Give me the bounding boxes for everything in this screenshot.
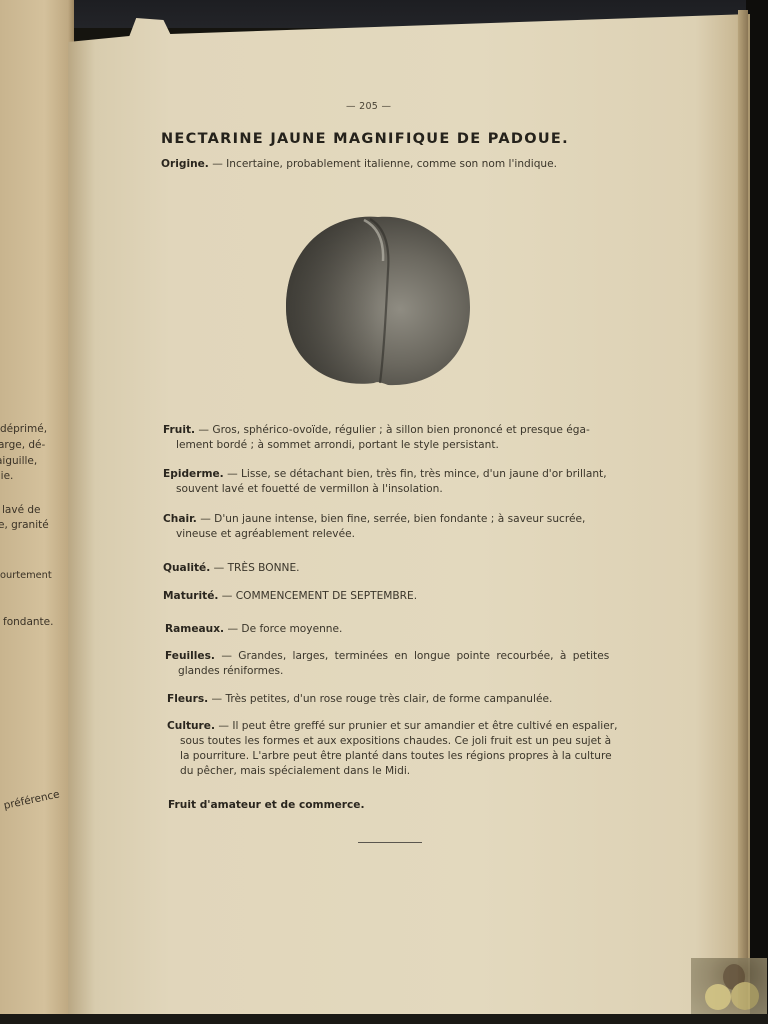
entry-text: — Lisse, se détachant bien, très fin, tr… (224, 468, 607, 480)
entry-term: Origine. (161, 158, 209, 170)
entry-chair: Chair. — D'un jaune intense, bien fine, … (163, 512, 608, 542)
entry-text: vineuse et agréablement relevée. (163, 527, 608, 542)
entry-text: — D'un jaune intense, bien fine, serrée,… (197, 513, 586, 525)
entry-text: souvent lavé et fouetté de vermillon à l… (163, 482, 608, 497)
entry-text: — TRÈS BONNE. (210, 562, 299, 574)
page-title: NECTARINE JAUNE MAGNIFIQUE DE PADOUE. (161, 131, 569, 147)
entry-culture: Culture. — Il peut être greffé sur pruni… (167, 719, 612, 779)
entry-term: Culture. (167, 720, 215, 732)
entry-rameaux: Rameaux. — De force moyenne. (165, 622, 610, 637)
end-rule-divider (358, 842, 422, 843)
peach-illustration (284, 211, 472, 389)
entry-text: sous toutes les formes et aux exposition… (167, 734, 612, 749)
entry-term: Fruit. (163, 424, 195, 436)
entry-text: — Très petites, d'un rose rouge très cla… (208, 693, 552, 705)
entry-text: du pêcher, mais spécialement dans le Mid… (167, 764, 612, 779)
entry-term: Feuilles. (165, 650, 215, 662)
entry-term: Rameaux. (165, 623, 224, 635)
page-content: — 205 — NECTARINE JAUNE MAGNIFIQUE DE PA… (0, 0, 768, 1024)
entry-text: lement bordé ; à sommet arrondi, portant… (163, 438, 608, 453)
entry-text: — Il peut être greffé sur prunier et sur… (215, 720, 617, 732)
closing-statement: Fruit d'amateur et de commerce. (168, 798, 613, 813)
entry-term: Maturité. (163, 590, 218, 602)
entry-fruit: Fruit. — Gros, sphérico-ovoïde, régulier… (163, 423, 608, 453)
entry-text: — Grandes, larges, terminées en longue p… (215, 650, 609, 662)
corner-thumbnail-image (691, 958, 767, 1014)
entry-origine: Origine. — Incertaine, probablement ital… (161, 157, 606, 172)
page-number: — 205 — (346, 101, 391, 112)
entry-maturite: Maturité. — COMMENCEMENT DE SEPTEMBRE. (163, 589, 608, 604)
entry-fleurs: Fleurs. — Très petites, d'un rose rouge … (167, 692, 612, 707)
entry-text: glandes réniformes. (165, 664, 610, 679)
entry-text: — COMMENCEMENT DE SEPTEMBRE. (218, 590, 417, 602)
entry-feuilles: Feuilles. — Grandes, larges, terminées e… (165, 649, 610, 679)
entry-term: Epiderme. (163, 468, 224, 480)
entry-qualite: Qualité. — TRÈS BONNE. (163, 561, 608, 576)
thumbnail-fruit (705, 984, 731, 1010)
entry-closing: Fruit d'amateur et de commerce. (168, 798, 613, 813)
thumbnail-fruit (731, 982, 759, 1010)
entry-text: — Gros, sphérico-ovoïde, régulier ; à si… (195, 424, 590, 436)
entry-term: Chair. (163, 513, 197, 525)
entry-text: la pourriture. L'arbre peut être planté … (167, 749, 612, 764)
entry-term: Fleurs. (167, 693, 208, 705)
entry-text: — De force moyenne. (224, 623, 342, 635)
entry-term: Qualité. (163, 562, 210, 574)
entry-text: — Incertaine, probablement italienne, co… (209, 158, 557, 170)
entry-epiderme: Epiderme. — Lisse, se détachant bien, tr… (163, 467, 608, 497)
